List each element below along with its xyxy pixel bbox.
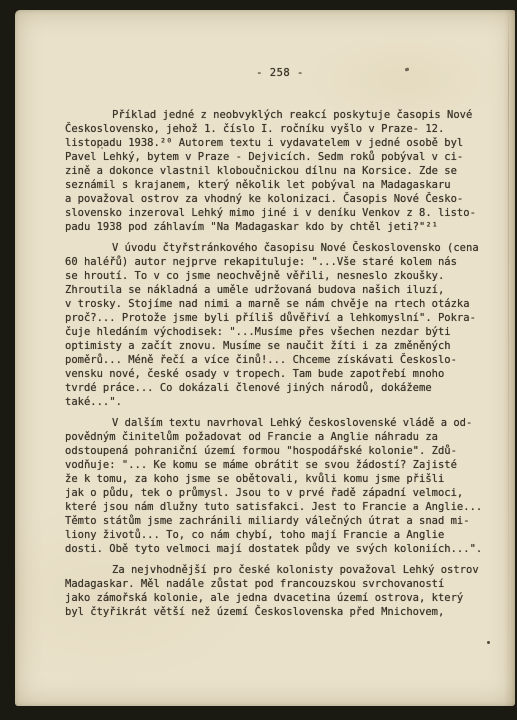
- document-page: - 258 - Příklad jedné z neobvyklých reak…: [15, 10, 515, 706]
- paper-speck: [487, 641, 490, 644]
- page-edge-shadow: [504, 10, 515, 706]
- paragraph: V úvodu čtyřstránkového časopisu Nové Če…: [65, 241, 510, 409]
- paragraph: V dalším textu navrhoval Lehký českoslov…: [65, 416, 510, 556]
- document-body: Příklad jedné z neobvyklých reakcí posky…: [65, 108, 510, 626]
- paper-speck: [101, 147, 103, 149]
- paragraph: Příklad jedné z neobvyklých reakcí posky…: [65, 108, 510, 234]
- scanned-document: - 258 - Příklad jedné z neobvyklých reak…: [0, 0, 517, 720]
- page-number: - 258 -: [15, 67, 515, 79]
- paragraph: Za nejvhodnější pro české kolonisty pova…: [65, 563, 510, 619]
